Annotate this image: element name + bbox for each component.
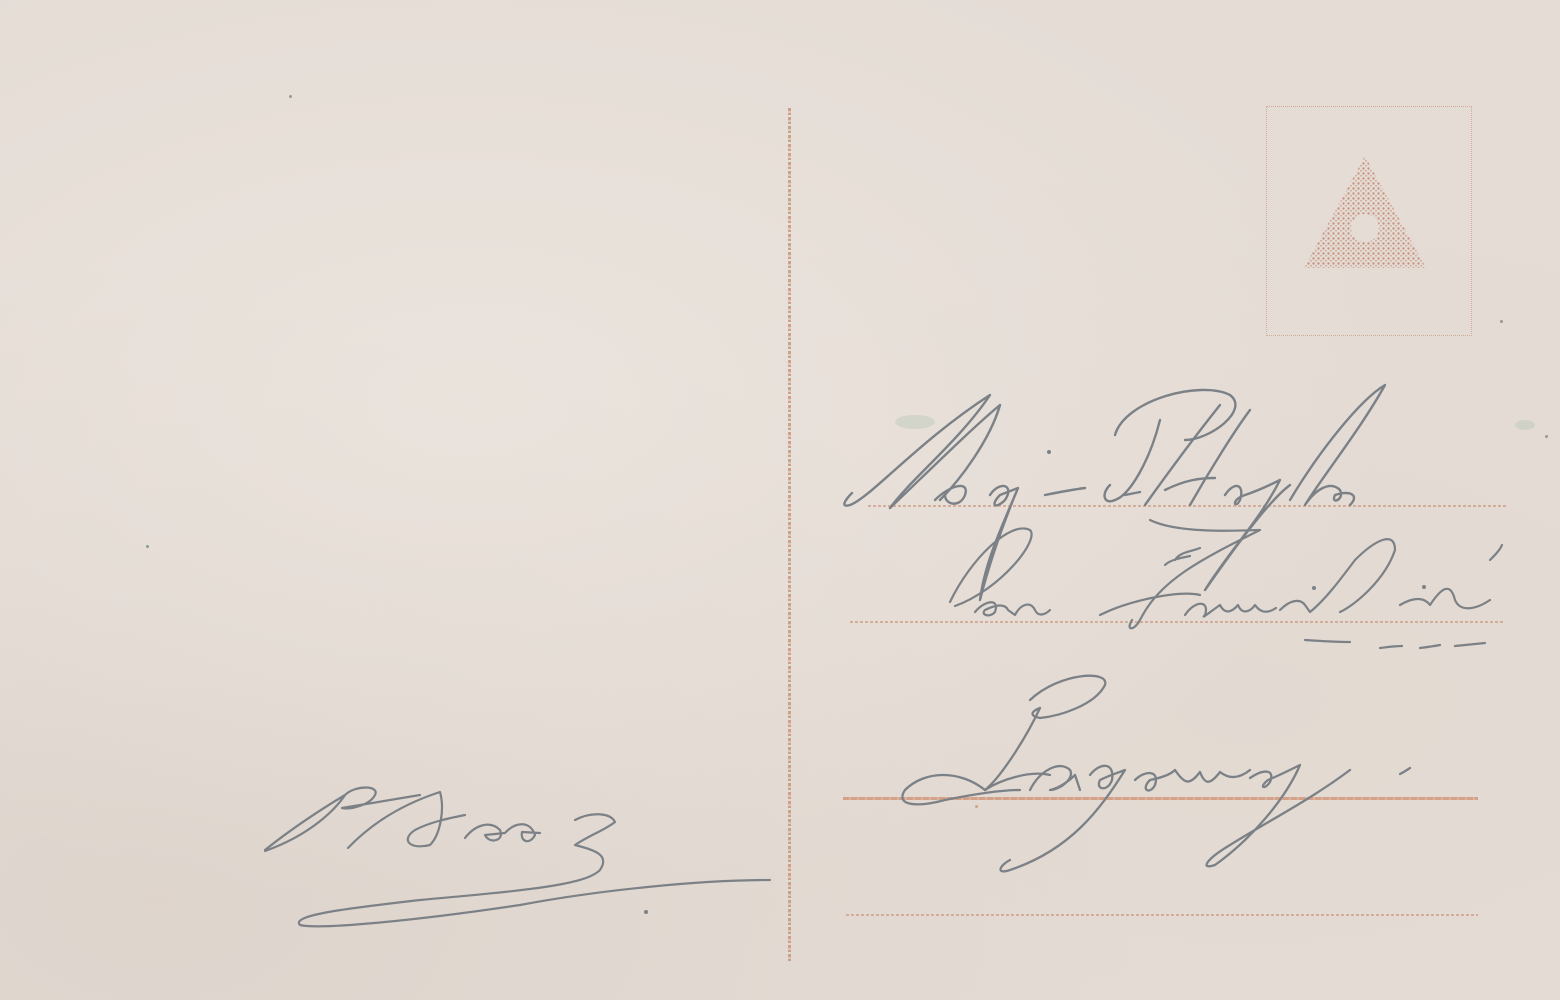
paper-speck (289, 95, 292, 98)
paper-speck (1500, 320, 1503, 323)
green-stain (1515, 420, 1535, 430)
paper-speck (975, 805, 978, 808)
center-divider-line (788, 108, 791, 963)
paper-speck (1545, 435, 1548, 438)
address-line-2 (850, 621, 1505, 623)
ink-speck (146, 545, 149, 548)
address-line-1 (868, 505, 1508, 507)
address-line-4 (846, 914, 1478, 916)
postcard-back: Mej. P. Hayker en Familie Lageweg. v. Ba… (0, 0, 1560, 1000)
triangle-stamp-placeholder-icon (1302, 152, 1428, 272)
green-stain (895, 415, 935, 429)
